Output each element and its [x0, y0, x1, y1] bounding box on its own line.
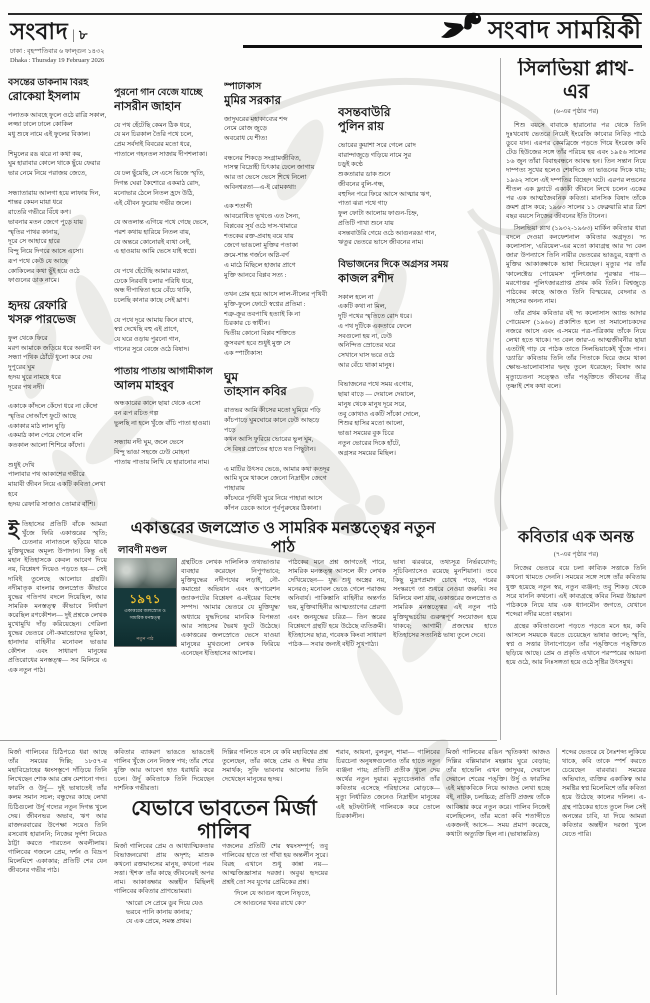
- poem-title: হৃদয় রেফারি: [8, 298, 107, 313]
- book-cover-year: ১৯৭১: [114, 591, 176, 608]
- section-rule: [243, 45, 642, 48]
- ghalib-col3-top: দিল্লির গলিতে বসে যে কবি মহাবিশ্বের প্রশ…: [222, 748, 328, 790]
- book-cover-subtitle: একাত্তরের জলস্রোত ও সামরিক মনস্তত্ত্ব: [114, 608, 176, 622]
- masthead-divider: |: [72, 28, 75, 43]
- poem-author: পুলিন রায়: [338, 121, 468, 135]
- poem-body: ফুল থেকে ফিরেমরণ আমাকে জড়িয়ে ধরে অনামী…: [8, 334, 107, 510]
- poem-column-3: স্পার্টাকাস মুমির সরকার জাদুঘরের মহাকাব্…: [224, 82, 330, 518]
- drop-cap: ই: [8, 520, 22, 540]
- poem-title: বসন্তের ডাকনাম বিরহ: [8, 78, 107, 90]
- ghalib-text: মির্জা গালিবের প্রেম ও আধ্যাত্মিকতার বিভ…: [114, 842, 214, 897]
- poem-title: বিভাজনের দিকে অগ্রসর সময়: [338, 260, 468, 272]
- poem-body: রাতভর আমি কীসের মতো ঘুমিয়ে পড়িকাঁচপাড়…: [224, 406, 330, 518]
- poem: পাতায় পাতায় আগামীকাল আলম মাহবুব অন্ধকা…: [114, 367, 216, 468]
- ghalib-col4: শরাব, আয়না, বুলবুল, শামা— গালিবের চিরচে…: [336, 748, 440, 995]
- article-title: সিলভিয়া প্লাথ-এর: [506, 58, 646, 104]
- poem: হৃদয় রেফারি খসরু পারভেজ ফুল থেকে ফিরেমর…: [8, 298, 107, 509]
- article-title: কবিতার এক অনন্ত: [506, 529, 646, 547]
- section-divider-rule: [0, 740, 497, 741]
- feature-intro-text: তিহাসের প্রতিটি বাঁকে আমরা খুঁজে ফিরি এক…: [8, 521, 107, 674]
- kobitar-tail-column: শব্দের ভেতরে যে নৈঃশব্দ্য লুকিয়ে থাকে, …: [562, 748, 646, 995]
- poem-column-4: বসন্তবাউরি পুলিন রায় ভোরের কুয়াশা সরে …: [338, 105, 468, 518]
- poem-column-1: বসন্তের ডাকনাম বিরহ রোকেয়া ইসলাম পলাতক …: [8, 78, 107, 518]
- ghalib-text: গজলের প্রতিটি শের স্বয়ংসম্পূর্ণ; তবু গা…: [222, 842, 328, 887]
- poem-title: স্পার্টাকাস: [224, 82, 330, 94]
- ghalib-col5: মির্জা গালিবের রঙিন স্মৃতিকথা আজও দিল্লি…: [446, 748, 550, 995]
- article-paragraph: শিশু বয়সে বাবাকে হারানোর পর থেকে তিনি দ…: [506, 121, 646, 221]
- poem-title: পুরনো গান বেজে যাচ্ছে: [114, 88, 216, 100]
- poem-author: আলম মাহবুব: [114, 380, 216, 394]
- feature-column-a: ১৯৭১ একাত্তরের জলস্রোত ও সামরিক মনস্তত্ত…: [114, 558, 280, 738]
- poem-body: জাদুঘরের মহাকাব্যের শব্দনেমে রোজ জুড়েঅব…: [224, 115, 330, 359]
- poem-body: যে পথ হেঁটেছি কেমন ঠিক ধরে,যে মন চিরকাল …: [114, 121, 216, 355]
- feature-text: গ্রন্থটিতে লেখক দালিলিক তথ্যভাণ্ডার ব্যব…: [181, 559, 280, 657]
- poem-author: নাসরীন জাহান: [114, 101, 216, 115]
- ghalib-title: যেভাবে ভাবতেন মির্জা গালিব: [110, 797, 338, 843]
- article-paragraph: গ্রন্থের কবিতাগুলো পড়তে পড়তে মনে হয়, …: [506, 622, 646, 667]
- bottom-column-1: মির্জা গালিবের চিঠিপত্রে ধরা আছে তাঁর সম…: [8, 748, 107, 995]
- article-paragraph: সিলভিয়া প্লাথ (১৯৩২-১৯৬৩) মার্কিন কবিতা…: [506, 224, 646, 306]
- feature-intro-column: ইতিহাসের প্রতিটি বাঁকে আমরা খুঁজে ফিরি এ…: [8, 520, 107, 736]
- poem-body: পলাতক আবহে ফুলে ওঠে রাত্রি সকাল,লজ্জা ঢা…: [8, 111, 107, 287]
- right-column: সিলভিয়া প্লাথ-এর (৬-এর পৃষ্ঠার পর) শিশু…: [506, 58, 646, 740]
- section-title: সংবাদ সাময়িকী: [488, 18, 642, 44]
- ghalib-verse: 'আরো সে প্রেমে ডুব দিয়ে যেওভরবে পানি কা…: [114, 899, 214, 927]
- poem: বসন্তবাউরি পুলিন রায় ভোরের কুয়াশা সরে …: [338, 105, 468, 248]
- poem-body: ভোরের কুয়াশা সরে গেলে রোদবারান্দাজুড়ে …: [338, 141, 468, 248]
- bottom-column-divider: [556, 748, 557, 995]
- article-sylvia-plath: সিলভিয়া প্লাথ-এর (৬-এর পৃষ্ঠার পর) শিশু…: [506, 58, 646, 519]
- poem-author: কাজল রশীদ: [338, 273, 468, 287]
- poem: পুরনো গান বেজে যাচ্ছে নাসরীন জাহান যে পথ…: [114, 88, 216, 355]
- ghalib-verse: 'দিলে যে আগুন জ্বলে নিভৃতে,সে আগুনের খবর…: [222, 889, 328, 908]
- poem-author: মুমির সরকার: [224, 95, 330, 109]
- poem-column-2: পুরনো গান বেজে যাচ্ছে নাসরীন জাহান যে পথ…: [114, 88, 216, 518]
- column-divider: [500, 58, 501, 740]
- ghalib-col3: গজলের প্রতিটি শের স্বয়ংসম্পূর্ণ; তবু গা…: [222, 842, 328, 995]
- poem-title: পাতায় পাতায় আগামীকাল: [114, 367, 216, 379]
- page-number: ৮: [79, 27, 87, 42]
- poem-title: বসন্তবাউরি: [338, 105, 468, 120]
- poem-body: সকাল হলে নাএকটি কথা না মিল,দুটি পথের স্ম…: [338, 293, 468, 459]
- poem: ঘুম তাহসান কবির রাতভর আমি কীসের মতো ঘুমি…: [224, 370, 330, 518]
- book-cover: ১৯৭১ একাত্তরের জলস্রোত ও সামরিক মনস্তত্ত…: [114, 558, 176, 646]
- poem: বিভাজনের দিকে অগ্রসর সময় কাজল রশীদ সকাল…: [338, 260, 468, 458]
- dateline-en: Dhaka : Thursday 19 February 2026: [10, 56, 240, 65]
- article-paragraph: তাঁর প্রথম কবিতার বই 'দ্য কলোসাস অ্যান্ড…: [506, 309, 646, 391]
- continuation-note: (৬-এর পৃষ্ঠার পর): [506, 106, 646, 117]
- book-cover-photo: [114, 558, 176, 588]
- feature-column-b: পাঠকের মনে প্রশ্ন জাগতেই পারে, সামরিক মন…: [288, 558, 386, 738]
- masthead-logo: সংবাদ: [10, 19, 68, 44]
- continuation-note: (৭-এর পৃষ্ঠার পর): [506, 549, 646, 560]
- ghalib-col2: মির্জা গালিবের প্রেম ও আধ্যাত্মিকতার বিভ…: [114, 842, 214, 995]
- article-kobitar-ek-ononto: কবিতার এক অনন্ত (৭-এর পৃষ্ঠার পর) নিজের …: [506, 529, 646, 740]
- bird-icon: [438, 10, 484, 44]
- poem: স্পার্টাকাস মুমির সরকার জাদুঘরের মহাকাব্…: [224, 82, 330, 358]
- poem-author: খসরু পারভেজ: [8, 314, 107, 328]
- poem-title: ঘুম: [224, 370, 330, 385]
- poem-author: রোকেয়া ইসলাম: [8, 91, 107, 105]
- dateline-bn: ঢাকা : বৃহস্পতিবার ৬ ফাল্গুন ১৪৩২: [10, 47, 240, 56]
- feature-column-c: ভাষা ঝরঝরে, তথ্যসূত্র নির্ভরযোগ্য; সূচিব…: [393, 558, 497, 738]
- poem-body: অন্ধকারের কালে ছায়া থেকে এসোবন রূপ রচিত…: [114, 399, 216, 467]
- book-cover-footer: নতুন পাঠ: [114, 636, 176, 642]
- poem-author: তাহসান কবির: [224, 386, 330, 400]
- article-paragraph: নিজের ভেতরে বয়ে চলা কাব্যিক সত্তাকে তিন…: [506, 564, 646, 619]
- newspaper-page: সংবাদ | ৮ ঢাকা : বৃহস্পতিবার ৬ ফাল্গুন ১…: [0, 0, 650, 1003]
- poem: বসন্তের ডাকনাম বিরহ রোকেয়া ইসলাম পলাতক …: [8, 78, 107, 286]
- ghalib-col2-top: কবিতার ব্যাকরণ ভাঙতে ভাঙতেই গালিব খুঁজে …: [114, 748, 214, 790]
